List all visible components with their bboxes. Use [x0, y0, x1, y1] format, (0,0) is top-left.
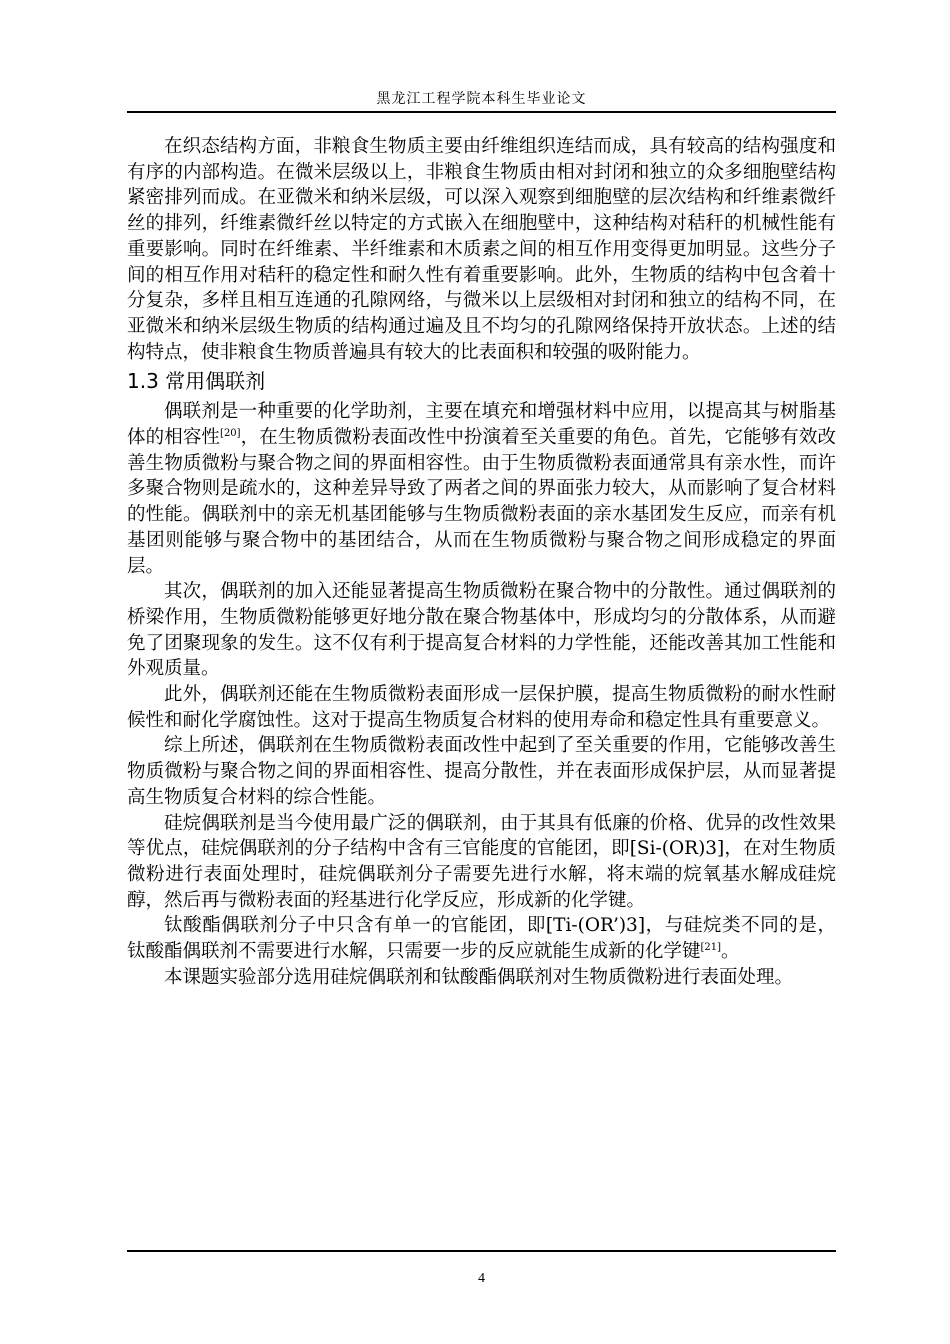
document-page: 黑龙江工程学院本科生毕业论文 在织态结构方面，非粮食生物质主要由纤维组织连结而成…: [0, 0, 950, 1344]
paragraph-silane: 硅烷偶联剂是当今使用最广泛的偶联剂，由于其具有低廉的价格、优异的改性效果等优点，…: [127, 811, 836, 914]
paragraph-summary: 综上所述，偶联剂在生物质微粉表面改性中起到了至关重要的作用，它能够改善生物质微粉…: [127, 733, 836, 810]
paragraph-text: 。: [721, 941, 740, 962]
footer-divider: [127, 1250, 836, 1252]
paragraph-structure: 在织态结构方面，非粮食生物质主要由纤维组织连结而成，具有较高的结构强度和有序的内…: [127, 134, 836, 365]
header-divider: [127, 111, 836, 113]
page-body: 在织态结构方面，非粮食生物质主要由纤维组织连结而成，具有较高的结构强度和有序的内…: [127, 134, 836, 991]
section-heading: 1.3 常用偶联剂: [127, 366, 836, 396]
paragraph-experiment-choice: 本课题实验部分选用硅烷偶联剂和钛酸酯偶联剂对生物质微粉进行表面处理。: [127, 965, 836, 991]
paragraph-protection: 此外，偶联剂还能在生物质微粉表面形成一层保护膜，提高生物质微粉的耐水性耐候性和耐…: [127, 682, 836, 733]
paragraph-dispersion: 其次，偶联剂的加入还能显著提高生物质微粉在聚合物中的分散性。通过偶联剂的桥梁作用…: [127, 579, 836, 682]
paragraph-titanate: 钛酸酯偶联剂分子中只含有单一的官能团，即[Ti-(OR’)3]，与硅烷类不同的是…: [127, 913, 836, 964]
citation-20[interactable]: [20]: [220, 428, 241, 439]
citation-21[interactable]: [21]: [701, 942, 722, 953]
paragraph-text: ，在生物质微粉表面改性中扮演着至关重要的角色。首先，它能够有效改善生物质微粉与聚…: [127, 427, 836, 577]
paragraph-coupling-agent-intro: 偶联剂是一种重要的化学助剂，主要在填充和增强材料中应用，以提高其与树脂基体的相容…: [127, 399, 836, 579]
page-number: 4: [127, 1271, 836, 1287]
running-header: 黑龙江工程学院本科生毕业论文: [127, 89, 836, 109]
